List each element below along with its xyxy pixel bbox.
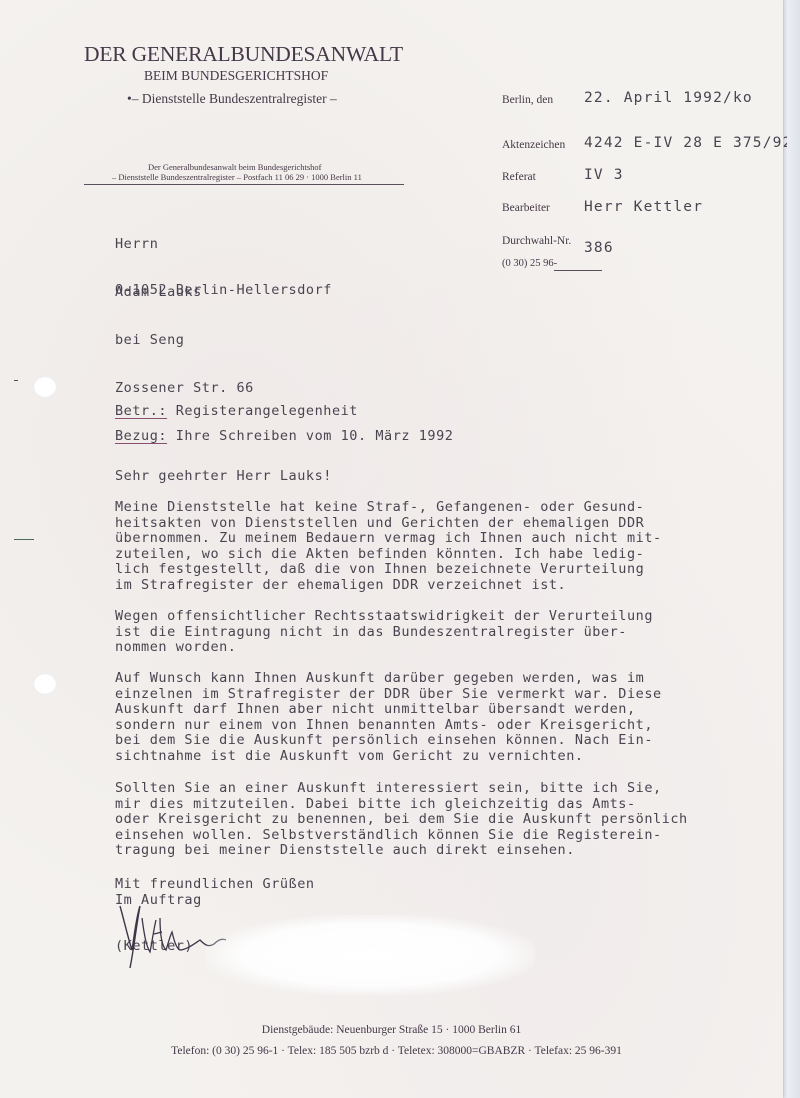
file-number-label: Aktenzeichen: [502, 139, 565, 151]
phone-extension-line: [554, 270, 602, 271]
letterhead-subtitle: BEIM BUNDESGERICHTSHOF: [144, 68, 328, 84]
body-paragraph: Wegen offensichtlicher Rechtsstaatswidri…: [115, 609, 653, 656]
subject-label: Betr.:: [115, 403, 167, 419]
reference-label: Bezug:: [115, 428, 167, 444]
department-value: IV 3: [584, 167, 624, 183]
footer-address: Dienstgebäude: Neuenburger Straße 15 · 1…: [0, 1024, 783, 1036]
reference-line: Bezug: Ihre Schreiben vom 10. März 1992: [115, 428, 453, 444]
body-paragraph: Sollten Sie an einer Auskunft interessie…: [115, 781, 688, 859]
fold-mark: [14, 539, 34, 540]
subject-value: Registerangelegenheit: [167, 403, 358, 419]
body-paragraph: Auf Wunsch kann Ihnen Auskunft darüber g…: [115, 671, 662, 765]
department-label: Referat: [502, 171, 536, 183]
recipient-line: Herrn: [115, 236, 254, 252]
handler-label: Bearbeiter: [502, 202, 550, 214]
salutation: Sehr geehrter Herr Lauks!: [115, 469, 332, 485]
handler-value: Herr Kettler: [584, 199, 703, 215]
recipient-line: Zossener Str. 66: [115, 380, 254, 396]
scan-background-edge: [787, 0, 800, 1098]
letter-page: DER GENERALBUNDESANWALT BEIM BUNDESGERIC…: [0, 0, 783, 1098]
recipient-address: Herrn Adam Lauks bei Seng Zossener Str. …: [115, 204, 254, 428]
punch-hole: [33, 673, 57, 695]
body-paragraph: Meine Dienststelle hat keine Straf-, Gef…: [115, 500, 662, 594]
file-number-value: 4242 E-IV 28 E 375/92: [584, 135, 793, 151]
footer-contact: Telefon: (0 30) 25 96-1 · Telex: 185 505…: [0, 1045, 783, 1057]
phone-prefix: (0 30) 25 96-: [502, 258, 557, 269]
reference-value: Ihre Schreiben vom 10. März 1992: [167, 428, 453, 444]
letterhead-title: DER GENERALBUNDESANWALT: [84, 42, 403, 67]
punch-hole: [33, 376, 57, 398]
fold-mark: [14, 380, 18, 381]
extension-value: 386: [584, 240, 614, 256]
sender-divider: [84, 184, 404, 185]
sender-line-1: Der Generalbundesanwalt beim Bundesgeric…: [148, 162, 322, 172]
subject-line: Betr.: Registerangelegenheit: [115, 403, 358, 419]
redacted-area: [205, 915, 535, 995]
sender-line-2: – Dienststelle Bundeszentralregister – P…: [112, 172, 362, 182]
date-label: Berlin, den: [502, 94, 553, 106]
date-value: 22. April 1992/ko: [584, 90, 753, 106]
recipient-city: O-1052 Berlin-Hellersdorf: [115, 282, 332, 298]
recipient-line: bei Seng: [115, 332, 254, 348]
extension-label: Durchwahl-Nr.: [502, 235, 571, 247]
letterhead-department: •– Dienststelle Bundeszentralregister –: [127, 91, 337, 107]
